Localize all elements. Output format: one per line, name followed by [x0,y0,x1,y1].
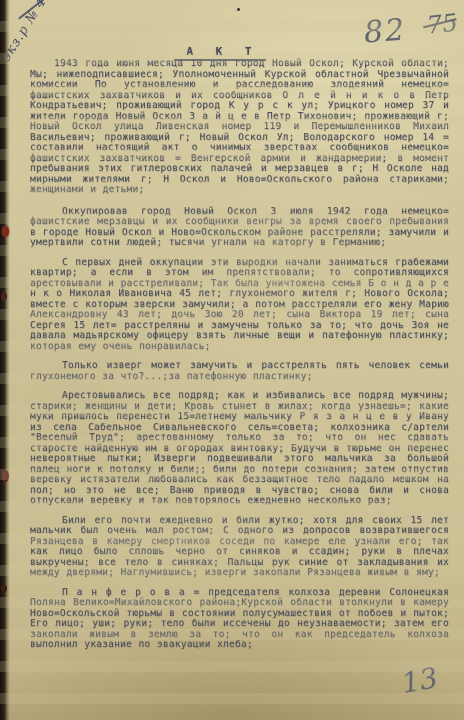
paragraph-occupation: Оккупировав город Новый Оскол 3 июля 194… [30,207,449,249]
edge-mark [1,292,7,301]
edge-mark [2,226,9,237]
paragraph-bondarenko-family: С первых дней оккупации эти выродки нача… [30,258,449,353]
edge-mark [1,584,7,593]
typed-body-text: 1943 года июня месяца 10 дня город Новый… [30,59,449,660]
paragraph-ryazantsev-torture: Били его почти ежедневно и били жутко; х… [30,516,449,579]
paragraph-panferov: П а н ф е р о в а = председателя колхоза… [30,588,449,651]
paragraph-preamble: 1943 года июня месяца 10 дня город Новый… [30,59,449,196]
paragraph-ryazantsev-arrest: Арестовывались все подряд; как и избивал… [30,391,449,507]
handwritten-bottom-number: 13 [400,661,441,700]
paragraph-record-remark: Только изверг может замучить и расстреля… [30,361,449,382]
scan-speck [237,8,240,11]
scan-binding-edge [0,0,10,720]
edge-mark [2,470,9,482]
scanned-document-page: экз.р № 40 82 75 А К Т 1943 года июня ме… [0,0,464,720]
crossed-out-page-number: 75 [426,8,459,39]
